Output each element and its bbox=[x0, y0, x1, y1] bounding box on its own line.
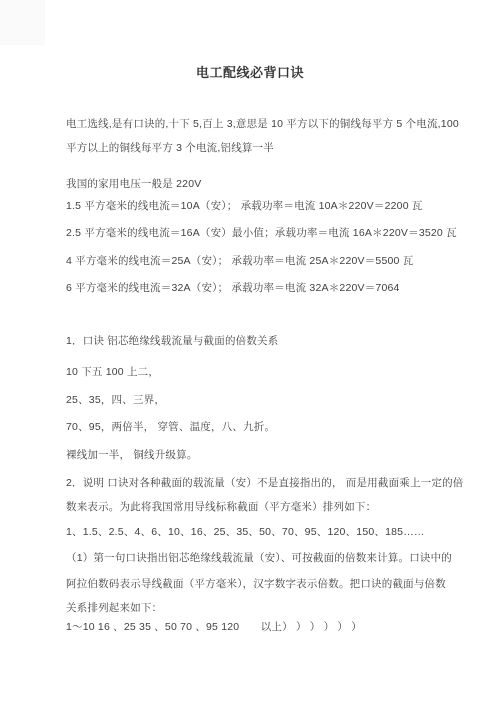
doc-line-note1-1: （1）第一句口诀指出铝芯绝缘线载流量（安）、可按截面的倍数来计算。口诀中的 bbox=[66, 551, 452, 565]
doc-line-mnemonic-3: 70、95，两倍半， 穿管、温度，八、九折。 bbox=[66, 420, 275, 434]
document-title: 电工配线必背口诀 bbox=[0, 62, 500, 81]
doc-line-note1-3: 关系排列起来如下： bbox=[66, 601, 162, 615]
doc-line-wire-4mm: 4 平方毫米的线电流＝25A（安）； 承载功率＝电流 25A＊220V＝5500… bbox=[66, 254, 413, 268]
doc-line-grouping: 1～10 16 、25 35 、50 70 、95 120 以上） ） ） ） … bbox=[66, 620, 362, 634]
doc-line-intro-1: 电工选线,是有口诀的,十下 5,百上 3,意思是 10 平方以下的铜线每平方 5… bbox=[66, 117, 459, 131]
doc-line-section2-1: 2．说明 口诀对各种截面的载流量（安）不是直接指出的， 而是用截面乘上一定的倍 bbox=[66, 476, 463, 490]
doc-line-section2-2: 数来表示。为此将我国常用导线标称截面（平方毫米）排列如下： bbox=[66, 500, 376, 514]
doc-line-wire-6mm: 6 平方毫米的线电流＝32A（安）； 承载功率＝电流 32A＊220V＝7064 bbox=[66, 281, 400, 295]
doc-line-intro-2: 平方以上的铜线每平方 3 个电流,铝线算一半 bbox=[66, 141, 274, 155]
doc-line-wire-1-5mm: 1.5 平方毫米的线电流＝10A（安）； 承载功率＝电流 10A＊220V＝22… bbox=[66, 199, 423, 213]
doc-line-voltage: 我国的家用电压一般是 220V bbox=[66, 177, 201, 191]
doc-line-mnemonic-4: 裸线加一半， 铜线升级算。 bbox=[66, 448, 198, 462]
document-page: 电工配线必背口诀 电工选线,是有口诀的,十下 5,百上 3,意思是 10 平方以… bbox=[0, 0, 500, 708]
doc-line-section1-head: 1．口诀 铝芯绝缘线载流量与截面的倍数关系 bbox=[66, 334, 278, 348]
doc-line-size-series: 1、1.5、2.5、4、6、10、16、25、35、50、70、95、120、1… bbox=[66, 525, 425, 539]
scan-corner-artifact bbox=[0, 0, 45, 45]
doc-line-mnemonic-2: 25、35，四、三界， bbox=[66, 393, 165, 407]
doc-line-note1-2: 阿拉伯数码表示导线截面（平方毫米），汉字数字表示倍数。把口诀的截面与倍数 bbox=[66, 577, 446, 591]
doc-line-mnemonic-1: 10 下五 100 上二， bbox=[66, 365, 159, 379]
doc-line-wire-2-5mm: 2.5 平方毫米的线电流＝16A（安）最小值；承载功率＝电流 16A＊220V＝… bbox=[66, 226, 457, 240]
